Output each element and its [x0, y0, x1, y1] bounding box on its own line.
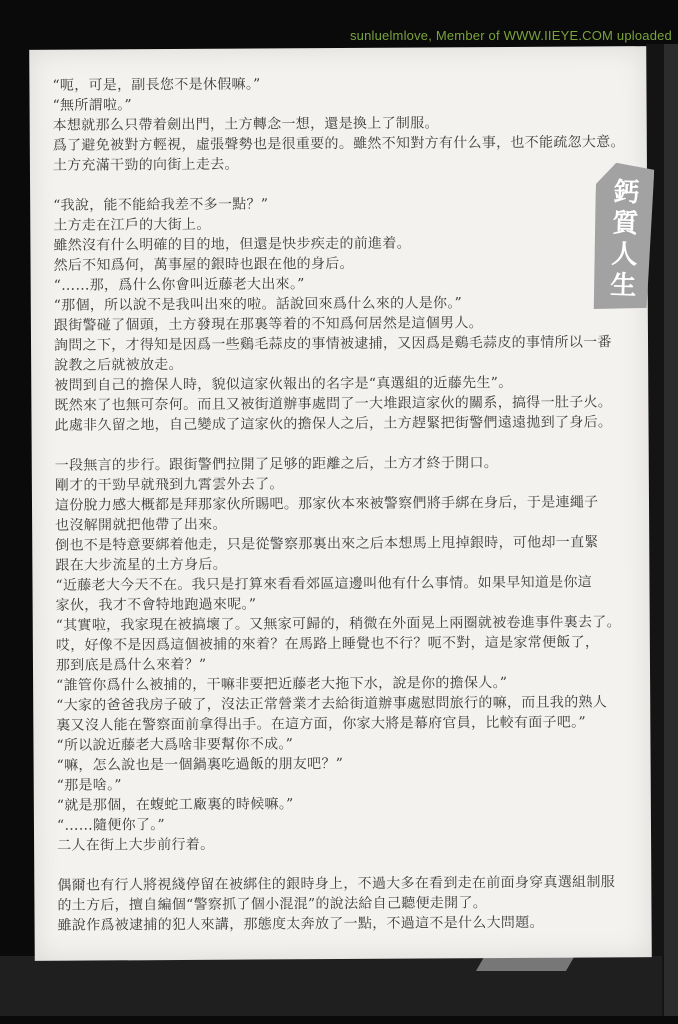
text-line: 裏又沒人能在警察面前拿得出手。在這方面，你家大將是幕府官員，比較有面子吧。” [56, 712, 640, 736]
text-line: 詢問之下，才得知是因爲一些鷄毛蒜皮的事情被逮捕，又因爲是鷄毛蒜皮的事情所以一番 [54, 332, 638, 356]
manga-page: “呃，可是，副長您不是休假嘛。”“無所謂啦。”本想就那么只帶着劍出門，土方轉念一… [29, 46, 652, 961]
text-line: 此處非久留之地，自己變成了這家伙的擔保人之后，土方趕緊把街警們遠遠拋到了身后。 [54, 412, 638, 436]
text-line: 哎，好像不是因爲這個被捕的來着？在馬路上睡覺也不行？呃不對，這是家常便飯了， [56, 632, 640, 656]
watermark-title: 鈣質人生 [602, 177, 643, 302]
text-line: 倒也不是特意要綁着他走，只是從警察那裏出來之后本想馬上甩掉銀時，可他却一直緊 [55, 532, 639, 556]
story-text: “呃，可是，副長您不是休假嘛。”“無所謂啦。”本想就那么只帶着劍出門，土方轉念一… [52, 72, 641, 936]
book-edge-right [664, 44, 678, 1016]
text-line: 偶爾也有行人將視綫停留在被綁住的銀時身上，不過大多在看到走在前面身穿真選組制服 [57, 872, 641, 896]
text-line: 雖說作爲被逮捕的犯人來講，那態度太奔放了一點，不過這不是什么大問題。 [58, 912, 642, 936]
scan-background: sunluelmlove, Member of WWW.IIEYE.COM up… [0, 0, 678, 1024]
text-line: 這份脫力感大概都是拜那家伙所賜吧。那家伙本來被警察們將手綁在身后，于是連繩子 [55, 492, 639, 516]
uploader-credit-text: sunluelmlove, Member of WWW.IIEYE.COM up… [350, 28, 672, 43]
page-bottom-shadow [476, 957, 574, 971]
text-line: “近藤老大今天不在。我只是打算來看看郊區這邊叫他有什么事情。如果早知道是你這 [55, 572, 639, 596]
text-line: 爲了避免被對方輕視，虛張聲勢也是很重要的。雖然不知對方有什么事，也不能疏忽大意。 [53, 132, 637, 156]
watermark-carton-milk-carton-icon: 鈣質人生 [591, 162, 654, 311]
